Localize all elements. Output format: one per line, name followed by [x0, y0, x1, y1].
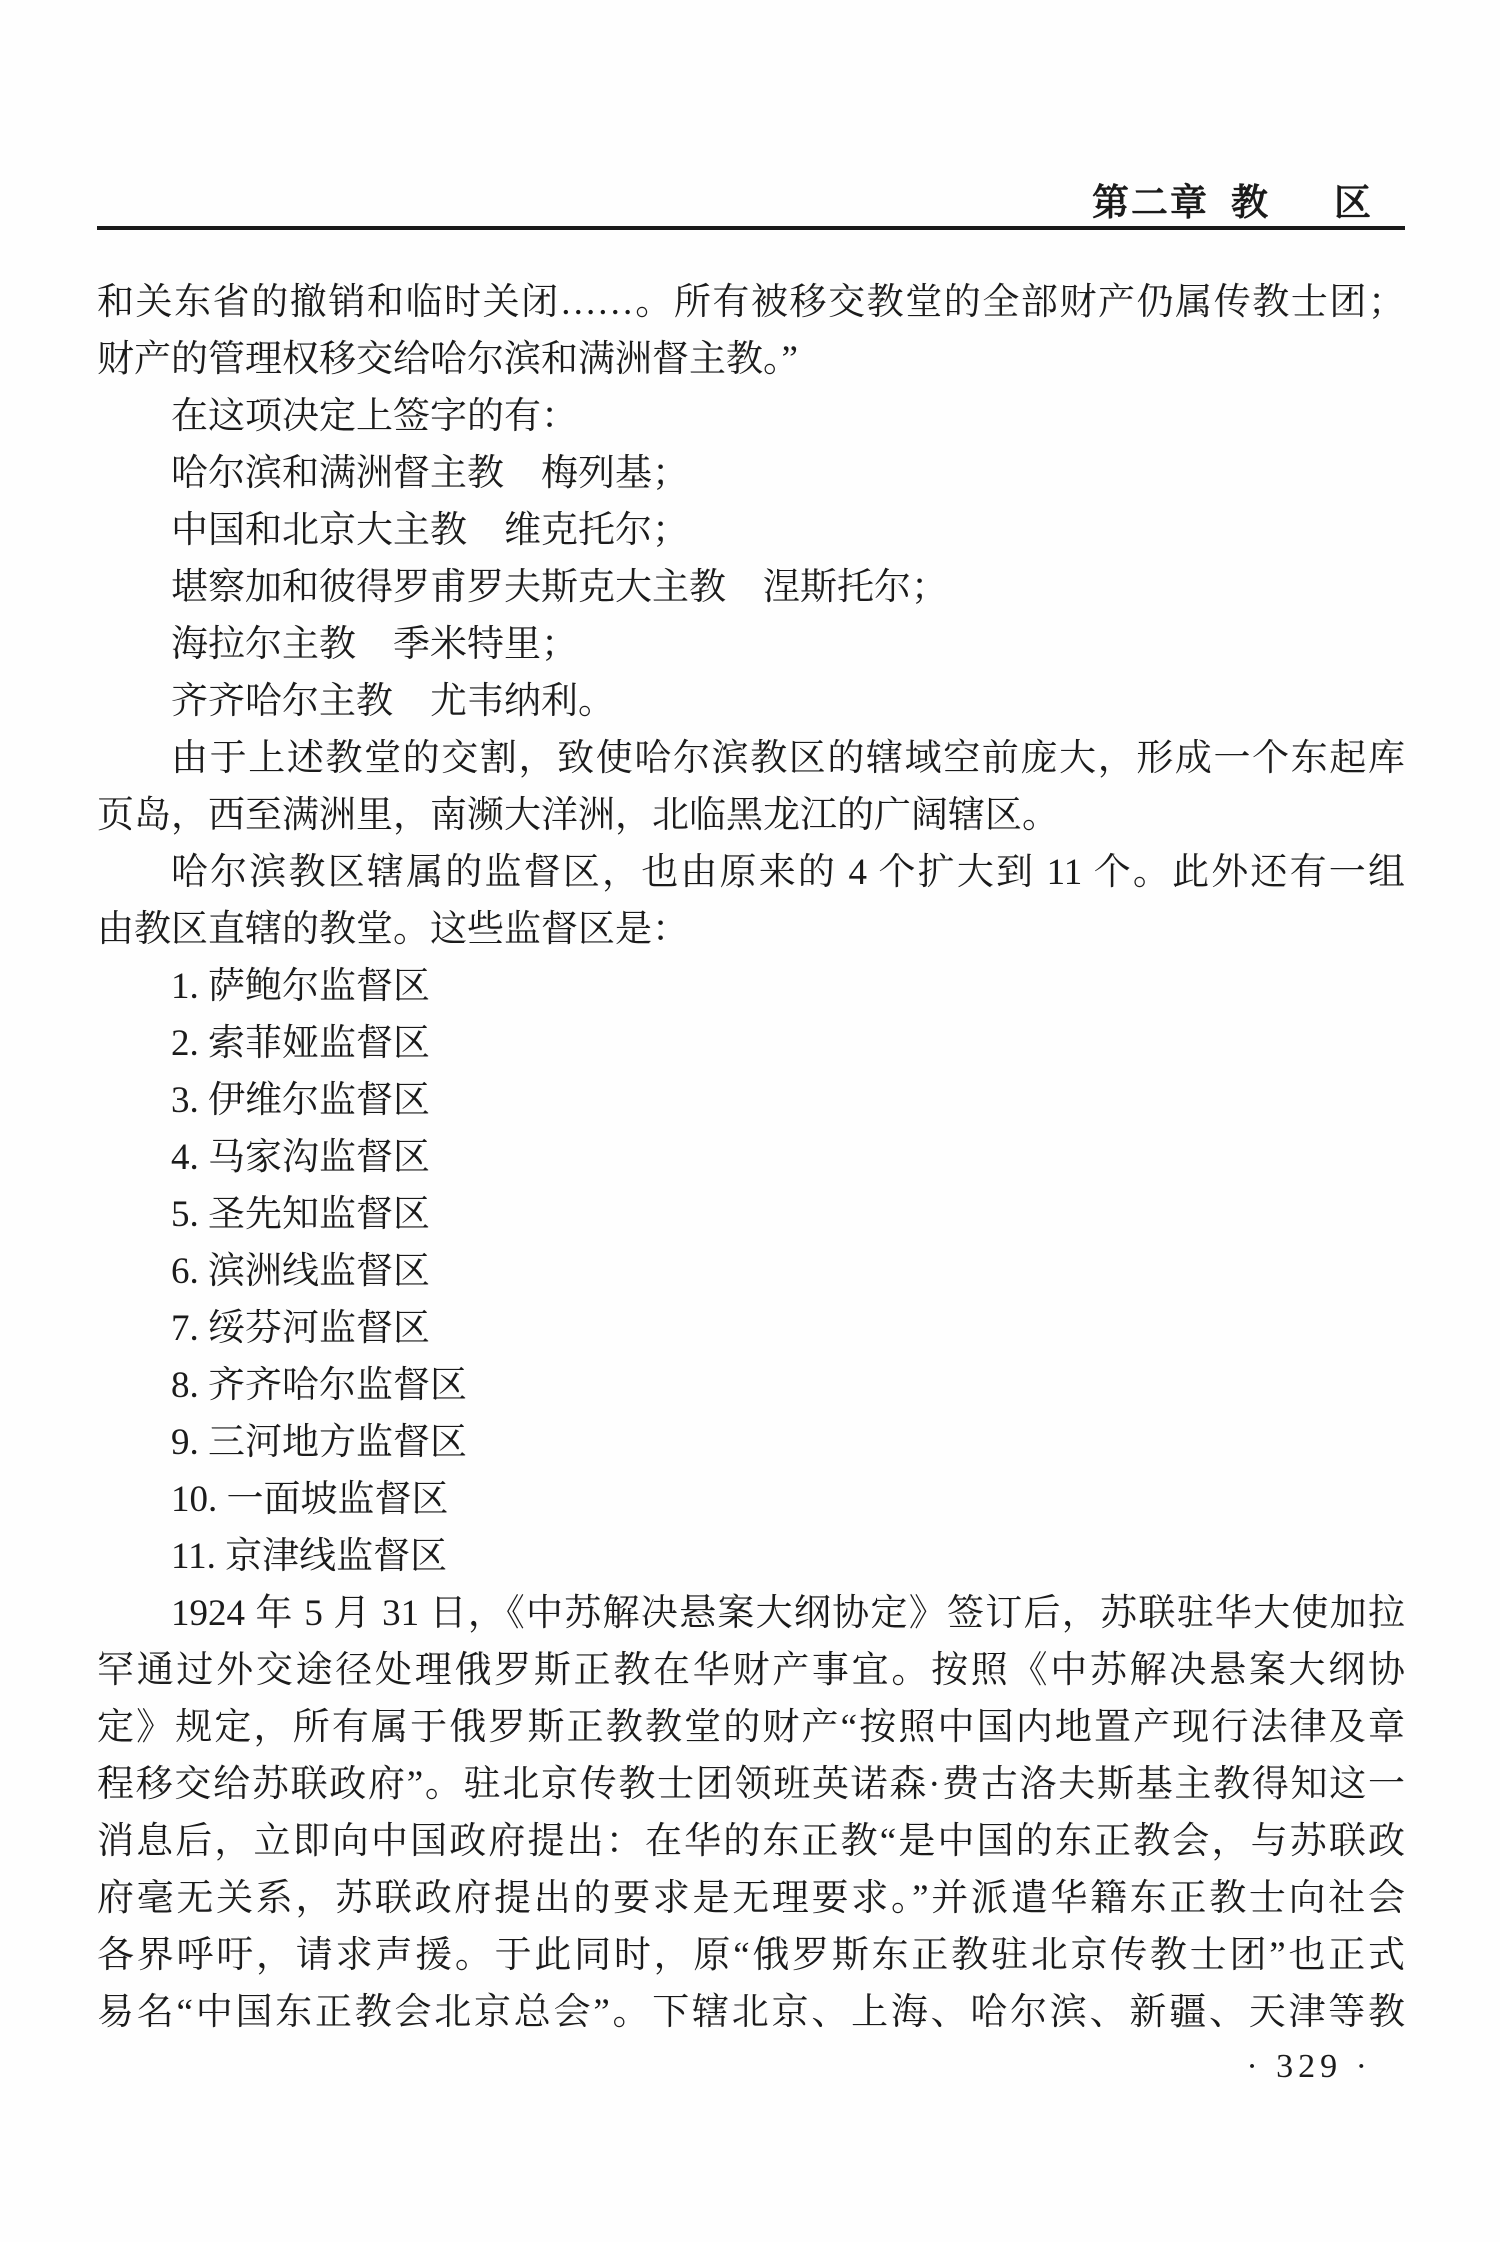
paragraph-line: 易名“中国东正教会北京总会”。下辖北京、上海、哈尔滨、新疆、天津等教	[97, 1984, 1405, 2041]
paragraph-line: 府毫无关系，苏联政府提出的要求是无理要求。”并派遣华籍东正教士向社会	[97, 1870, 1405, 1927]
list-item: 6. 滨洲线监督区	[97, 1243, 1405, 1300]
list-item: 9. 三河地方监督区	[97, 1414, 1405, 1471]
list-item: 5. 圣先知监督区	[97, 1186, 1405, 1243]
signatory-line: 哈尔滨和满洲督主教 梅列基；	[97, 445, 1405, 502]
signatory-line: 中国和北京大主教 维克托尔；	[97, 502, 1405, 559]
chapter-label: 第二章	[1092, 172, 1209, 226]
list-item: 1. 萨鲍尔监督区	[97, 958, 1405, 1015]
header-rule	[97, 226, 1405, 230]
paragraph-line: 1924 年 5 月 31 日，《中苏解决悬案大纲协定》签订后，苏联驻华大使加拉	[97, 1585, 1405, 1642]
paragraph-line: 罕通过外交途径处理俄罗斯正教在华财产事宜。按照《中苏解决悬案大纲协	[97, 1642, 1405, 1699]
paragraph-line: 财产的管理权移交给哈尔滨和满洲督主教。”	[97, 331, 1405, 388]
list-item: 2. 索菲娅监督区	[97, 1015, 1405, 1072]
paragraph-line: 在这项决定上签字的有：	[97, 388, 1405, 445]
paragraph-line: 哈尔滨教区辖属的监督区，也由原来的 4 个扩大到 11 个。此外还有一组	[97, 844, 1405, 901]
paragraph-line: 消息后，立即向中国政府提出：在华的东正教“是中国的东正教会，与苏联政	[97, 1813, 1405, 1870]
signatory-line: 齐齐哈尔主教 尤韦纳利。	[97, 673, 1405, 730]
list-item: 7. 绥芬河监督区	[97, 1300, 1405, 1357]
list-item: 3. 伊维尔监督区	[97, 1072, 1405, 1129]
paragraph-line: 由教区直辖的教堂。这些监督区是：	[97, 901, 1405, 958]
list-item: 11. 京津线监督区	[97, 1528, 1405, 1585]
book-page: 第二章 教 区 和关东省的撤销和临时关闭……。所有被移交教堂的全部财产仍属传教士…	[0, 0, 1500, 2242]
signatory-line: 堪察加和彼得罗甫罗夫斯克大主教 涅斯托尔；	[97, 559, 1405, 616]
signatory-line: 海拉尔主教 季米特里；	[97, 616, 1405, 673]
paragraph-line: 由于上述教堂的交割，致使哈尔滨教区的辖域空前庞大，形成一个东起库	[97, 730, 1405, 787]
section-title-char-1: 教	[1231, 172, 1270, 226]
running-header: 第二章 教 区	[1092, 172, 1373, 226]
section-title-char-2: 区	[1334, 172, 1373, 226]
list-item: 10. 一面坡监督区	[97, 1471, 1405, 1528]
page-number: · 329 ·	[1246, 2048, 1372, 2086]
paragraph-line: 定》规定，所有属于俄罗斯正教教堂的财产“按照中国内地置产现行法律及章	[97, 1699, 1405, 1756]
list-item: 4. 马家沟监督区	[97, 1129, 1405, 1186]
list-item: 8. 齐齐哈尔监督区	[97, 1357, 1405, 1414]
paragraph-line: 各界呼吁，请求声援。于此同时，原“俄罗斯东正教驻北京传教士团”也正式	[97, 1927, 1405, 1984]
body-text: 和关东省的撤销和临时关闭……。所有被移交教堂的全部财产仍属传教士团； 财产的管理…	[97, 274, 1405, 2041]
paragraph-line: 页岛，西至满洲里，南濒大洋洲，北临黑龙江的广阔辖区。	[97, 787, 1405, 844]
paragraph-line: 和关东省的撤销和临时关闭……。所有被移交教堂的全部财产仍属传教士团；	[97, 274, 1405, 331]
paragraph-line: 程移交给苏联政府”。驻北京传教士团领班英诺森·费古洛夫斯基主教得知这一	[97, 1756, 1405, 1813]
